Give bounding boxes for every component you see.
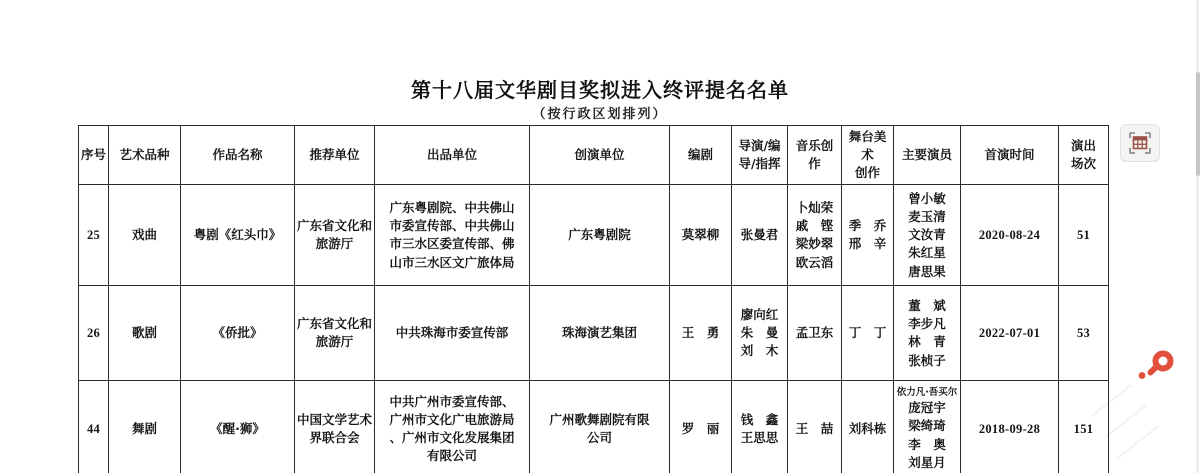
cell-music: 孟卫东 — [788, 286, 842, 381]
cell-playwright: 莫翠柳 — [670, 185, 732, 286]
cast-lines: 庞冠宇 梁绮琦 李 奥 刘星月 — [896, 399, 958, 472]
watermark-stroke — [1117, 425, 1159, 459]
cell-music: 卜灿荣 戚 铿 梁妙翠 欧云滔 — [788, 185, 842, 286]
header-recommender: 推荐单位 — [295, 126, 375, 185]
header-stage-design: 舞台美术 创作 — [842, 126, 894, 185]
cell-performer: 珠海演艺集团 — [530, 286, 670, 381]
header-premiere-date: 首演时间 — [961, 126, 1059, 185]
scrollbar-thumb[interactable] — [1196, 72, 1200, 176]
cell-show-count: 53 — [1059, 286, 1109, 381]
nomination-table: 序号 艺术品种 作品名称 推荐单位 出品单位 创演单位 编剧 导演/编 导/指挥… — [78, 125, 1109, 473]
cell-playwright: 王 勇 — [670, 286, 732, 381]
cell-stage-design: 丁 丁 — [842, 286, 894, 381]
scrollbar-track[interactable] — [1196, 0, 1199, 473]
header-director: 导演/编 导/指挥 — [732, 126, 788, 185]
cell-recommender: 广东省文化和 旅游厅 — [295, 286, 375, 381]
header-serial: 序号 — [79, 126, 109, 185]
cell-director: 钱 鑫 王思思 — [732, 381, 788, 473]
cell-premiere-date: 2020-08-24 — [961, 185, 1059, 286]
cell-premiere-date: 2018-09-28 — [961, 381, 1059, 473]
page-title: 第十八届文华剧目奖拟进入终评提名名单 — [0, 74, 1200, 103]
table-row: 25 戏曲 粤剧《红头巾》 广东省文化和 旅游厅 广东粤剧院、中共佛山 市委宣传… — [79, 185, 1109, 286]
cell-director: 廖向红 朱 曼 刘 木 — [732, 286, 788, 381]
header-work-title: 作品名称 — [181, 126, 295, 185]
cell-art-type: 舞剧 — [109, 381, 181, 473]
cell-performer: 广东粤剧院 — [530, 185, 670, 286]
table-capture-icon — [1128, 131, 1152, 155]
page-subtitle: （按行政区划排列） — [0, 103, 1200, 122]
cell-cast: 董 斌 李步凡 林 青 张桢子 — [894, 286, 961, 381]
cell-art-type: 戏曲 — [109, 185, 181, 286]
cell-playwright: 罗 丽 — [670, 381, 732, 473]
cell-performer: 广州歌舞剧院有限 公司 — [530, 381, 670, 473]
header-music: 音乐创作 — [788, 126, 842, 185]
cell-serial: 25 — [79, 185, 109, 286]
cell-director: 张曼君 — [732, 185, 788, 286]
cell-art-type: 歌剧 — [109, 286, 181, 381]
cell-serial: 44 — [79, 381, 109, 473]
header-show-count: 演出 场次 — [1059, 126, 1109, 185]
header-producer: 出品单位 — [375, 126, 530, 185]
cell-show-count: 51 — [1059, 185, 1109, 286]
table-capture-button[interactable] — [1120, 124, 1160, 162]
cell-producer: 广东粤剧院、中共佛山 市委宣传部、中共佛山 市三水区委宣传部、佛 山市三水区文广… — [375, 185, 530, 286]
cell-premiere-date: 2022-07-01 — [961, 286, 1059, 381]
header-performer: 创演单位 — [530, 126, 670, 185]
cast-lines: 曾小敏 麦玉清 文汝青 朱红星 唐思果 — [896, 190, 958, 281]
cell-music: 王 喆 — [788, 381, 842, 473]
header-row: 序号 艺术品种 作品名称 推荐单位 出品单位 创演单位 编剧 导演/编 导/指挥… — [79, 126, 1109, 185]
brand-p-logo-icon — [1136, 348, 1180, 388]
cell-recommender: 广东省文化和 旅游厅 — [295, 185, 375, 286]
cast-lines: 董 斌 李步凡 林 青 张桢子 — [896, 297, 958, 370]
cell-stage-design: 刘科栋 — [842, 381, 894, 473]
table-row: 26 歌剧 《侨批》 广东省文化和 旅游厅 中共珠海市委宣传部 珠海演艺集团 王… — [79, 286, 1109, 381]
cell-work-title: 《醒·狮》 — [181, 381, 295, 473]
header-cast: 主要演员 — [894, 126, 961, 185]
cell-work-title: 粤剧《红头巾》 — [181, 185, 295, 286]
cell-serial: 26 — [79, 286, 109, 381]
header-playwright: 编剧 — [670, 126, 732, 185]
cell-producer: 中共广州市委宣传部、 广州市文化广电旅游局 、广州市文化发展集团 有限公司 — [375, 381, 530, 473]
cell-cast: 依力凡·吾买尔庞冠宇 梁绮琦 李 奥 刘星月 — [894, 381, 961, 473]
table-row: 44 舞剧 《醒·狮》 中国文学艺术 界联合会 中共广州市委宣传部、 广州市文化… — [79, 381, 1109, 473]
cell-stage-design: 季 乔 邢 辛 — [842, 185, 894, 286]
header-art-type: 艺术品种 — [109, 126, 181, 185]
watermark-stroke — [1105, 404, 1147, 438]
cell-cast: 曾小敏 麦玉清 文汝青 朱红星 唐思果 — [894, 185, 961, 286]
cell-recommender: 中国文学艺术 界联合会 — [295, 381, 375, 473]
cell-show-count: 151 — [1059, 381, 1109, 473]
cast-small-line: 依力凡·吾买尔 — [896, 386, 958, 399]
cell-work-title: 《侨批》 — [181, 286, 295, 381]
cell-producer: 中共珠海市委宣传部 — [375, 286, 530, 381]
